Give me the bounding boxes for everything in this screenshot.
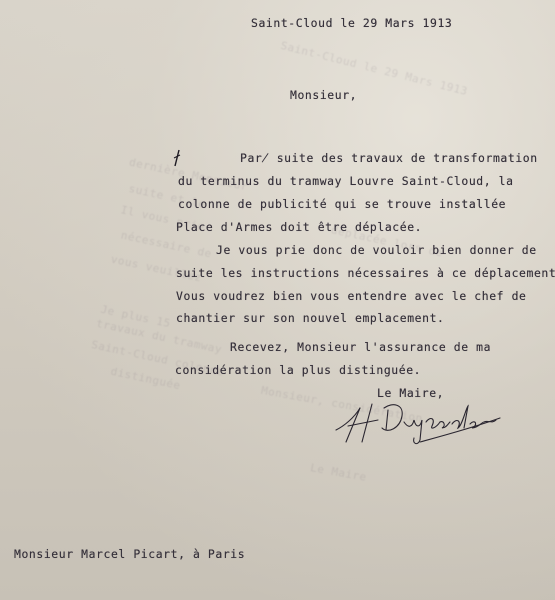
bleed-through-text: Je plus 15	[99, 303, 171, 331]
bleed-through-text: distinguée	[109, 365, 181, 393]
recipient-line: Monsieur Marcel Picart, à Paris	[14, 547, 245, 561]
body-line: Par̸ suite des travaux de transformation	[240, 151, 538, 165]
body-line: suite les instructions nécessaires à ce …	[176, 266, 555, 280]
closing-line: considération la plus distinguée.	[175, 363, 421, 377]
date-line: Saint-Cloud le 29 Mars 1913	[251, 16, 452, 30]
body-line: colonne de publicité qui se trouve insta…	[178, 197, 506, 211]
body-line: Place d'Armes doit être déplacée.	[176, 220, 422, 234]
body-line: chantier sur son nouvel emplacement.	[176, 311, 444, 325]
bleed-through-text: Le Maire	[309, 461, 367, 484]
letter-page: Saint-Cloud le 29 Mars 1913 dernière Mon…	[0, 0, 555, 600]
body-line: Je vous prie donc de vouloir bien donner…	[216, 243, 537, 257]
handwritten-signature: H. Dujardin	[332, 398, 502, 448]
handwritten-strike-mark	[172, 149, 182, 167]
body-line: du terminus du tramway Louvre Saint-Clou…	[178, 174, 514, 188]
body-line: Vous voudrez bien vous entendre avec le …	[176, 289, 527, 303]
salutation: Monsieur,	[290, 88, 357, 102]
closing-line: Recevez, Monsieur l'assurance de ma	[230, 340, 491, 354]
